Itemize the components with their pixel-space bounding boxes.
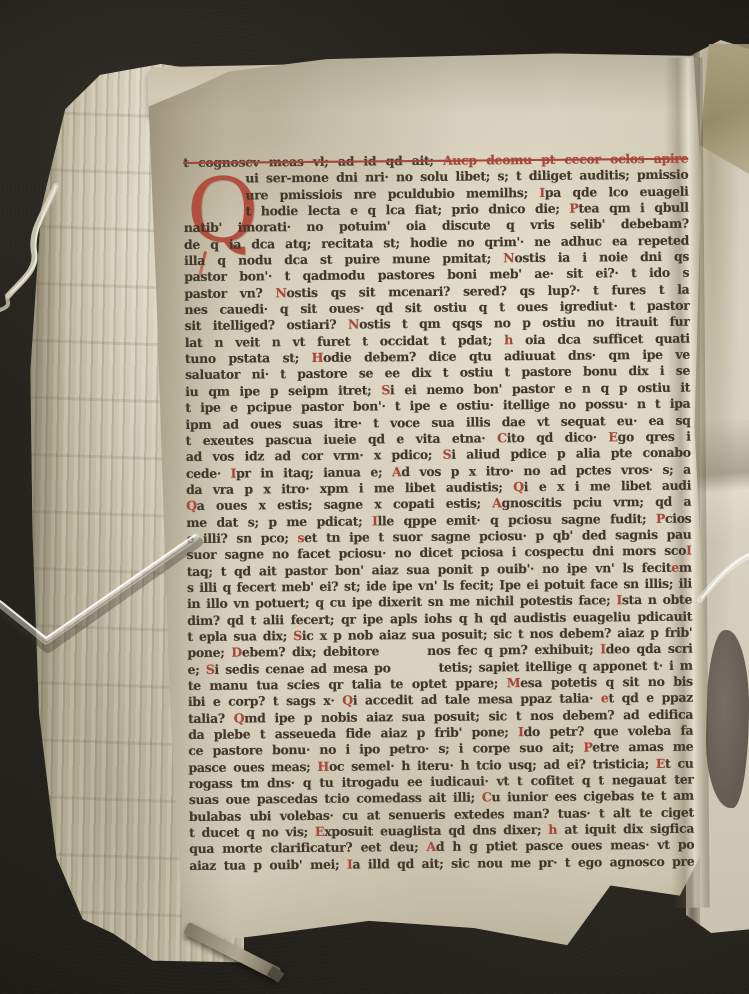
- text-block: t cognoscv meas vl; ad id qd ait; Aucp d…: [183, 151, 694, 875]
- manuscript-page-wrap: Q t cognoscv meas vl; ad id qd ait; Aucp…: [0, 0, 749, 994]
- photo-stage: Q t cognoscv meas vl; ad id qd ait; Aucp…: [0, 0, 749, 994]
- text-lines: t cognoscv meas vl; ad id qd ait; Aucp d…: [183, 151, 694, 875]
